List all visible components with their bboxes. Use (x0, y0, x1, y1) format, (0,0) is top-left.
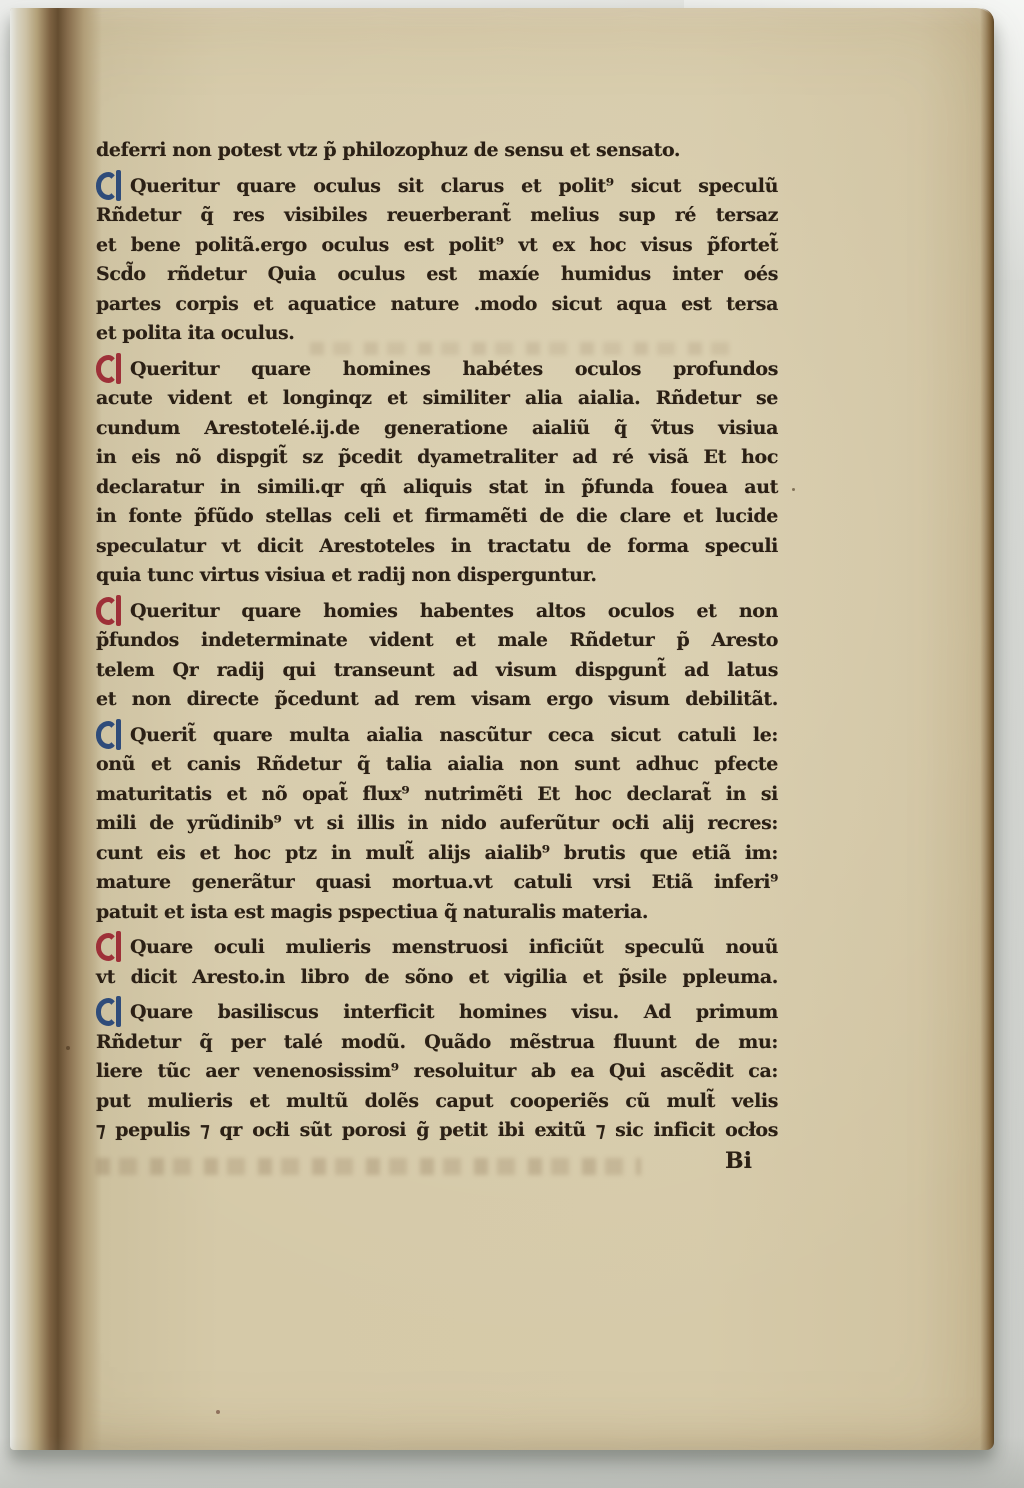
text-line: ⁊ pepulis ⁊ qr ocłi sũt porosi g̃ petit … (96, 1116, 778, 1146)
capitulum-mark-icon (96, 723, 130, 743)
paragraph: Queritur quare homies habentes altos ocu… (96, 597, 778, 715)
capitulum-mark-icon (96, 174, 130, 194)
text-line: quia tunc virtus visiua et radij non dis… (96, 561, 778, 591)
text-line: Rñdetur q̃ res visibiles reuerberant̃ me… (96, 201, 778, 231)
text-line: liere tũc aer venenosissim⁹ resoluitur a… (96, 1057, 778, 1087)
ink-speck (216, 1410, 220, 1414)
text-line: Queritur quare oculus sit clarus et poli… (96, 172, 778, 202)
text-line: patuit et ista est magis pspectiua q̃ na… (96, 898, 778, 928)
text-line: et non directe p̃cedunt ad rem visam erg… (96, 685, 778, 715)
page-fore-edge (980, 8, 994, 1450)
text-line-content: Queritur quare oculus sit clarus et poli… (130, 175, 778, 197)
text-line: et polita ita oculus. (96, 319, 778, 349)
text-line-content: Queritur quare homines habétes oculos pr… (130, 358, 778, 380)
text-line: declaratur in simili.qr qñ aliquis stat … (96, 473, 778, 503)
paragraph: Queritur quare homines habétes oculos pr… (96, 355, 778, 591)
text-line-content: Queritur quare homies habentes altos ocu… (130, 600, 778, 622)
text-line: acute vident et longinqz et similiter al… (96, 384, 778, 414)
text-line: Queritur quare homies habentes altos ocu… (96, 597, 778, 627)
text-line: deferri non potest vtz p̃ philozophuz de… (96, 136, 778, 166)
book-binding-edge (10, 8, 102, 1450)
text-line: in eis nõ dispgit̃ sz p̃cedit dyametrali… (96, 443, 778, 473)
text-line: Rñdetur q̃ per talé modũ. Quãdo mẽstrua … (96, 1028, 778, 1058)
text-line-content: Quare oculi mulieris menstruosi inficiũt… (130, 936, 778, 958)
text-line: speculatur vt dicit Arestoteles in tract… (96, 532, 778, 562)
text-line: onũ et canis Rñdetur q̃ talia aialia non… (96, 750, 778, 780)
text-line: Scd̃o rñdetur Quia oculus est maxíe humi… (96, 260, 778, 290)
text-line: partes corpis et aquatice nature .modo s… (96, 290, 778, 320)
photo-background: deferri non potest vtz p̃ philozophuz de… (0, 0, 1024, 1488)
page-text-block: deferri non potest vtz p̃ philozophuz de… (96, 136, 778, 1176)
text-line: put mulieris et multũ dolẽs caput cooper… (96, 1087, 778, 1117)
capitulum-mark-icon (96, 935, 130, 955)
paragraph: Queritur quare oculus sit clarus et poli… (96, 172, 778, 349)
text-line: p̃fundos indeterminate vident et male Rñ… (96, 626, 778, 656)
paragraph: Querit̃ quare multa aialia nascũtur ceca… (96, 721, 778, 928)
text-line: mili de yrũdinib⁹ vt si illis in nido au… (96, 809, 778, 839)
text-line: maturitatis et nõ opat̃ flux⁹ nutrimẽti … (96, 780, 778, 810)
text-line-content: Quare basiliscus interficit homines visu… (130, 1001, 778, 1023)
text-line: mature generãtur quasi mortua.vt catuli … (96, 868, 778, 898)
text-line-content: Querit̃ quare multa aialia nascũtur ceca… (130, 724, 778, 746)
text-line: cunt eis et hoc ptz in mult̃ alijs aiali… (96, 839, 778, 869)
book-page: deferri non potest vtz p̃ philozophuz de… (10, 8, 994, 1450)
ink-speck (792, 488, 795, 491)
text-line: Quare basiliscus interficit homines visu… (96, 998, 778, 1028)
text-line: vt dicit Aresto.in libro de sõno et vigi… (96, 963, 778, 993)
text-line: cundum Arestotelé.ij.de generatione aial… (96, 414, 778, 444)
text-line: et bene politã.ergo oculus est polit⁹ vt… (96, 231, 778, 261)
text-line: Quare oculi mulieris menstruosi inficiũt… (96, 933, 778, 963)
text-line: telem Qr radij qui transeunt ad visum di… (96, 656, 778, 686)
text-line: Querit̃ quare multa aialia nascũtur ceca… (96, 721, 778, 751)
text-line: in fonte p̃fũdo stellas celi et firmamẽt… (96, 502, 778, 532)
capitulum-mark-icon (96, 1000, 130, 1020)
quire-signature: Bi (96, 1146, 778, 1176)
paragraph: Quare basiliscus interficit homines visu… (96, 998, 778, 1146)
capitulum-mark-icon (96, 357, 130, 377)
paragraph: Quare oculi mulieris menstruosi inficiũt… (96, 933, 778, 992)
ink-speck (66, 1046, 70, 1050)
capitulum-mark-icon (96, 599, 130, 619)
text-line: Queritur quare homines habétes oculos pr… (96, 355, 778, 385)
